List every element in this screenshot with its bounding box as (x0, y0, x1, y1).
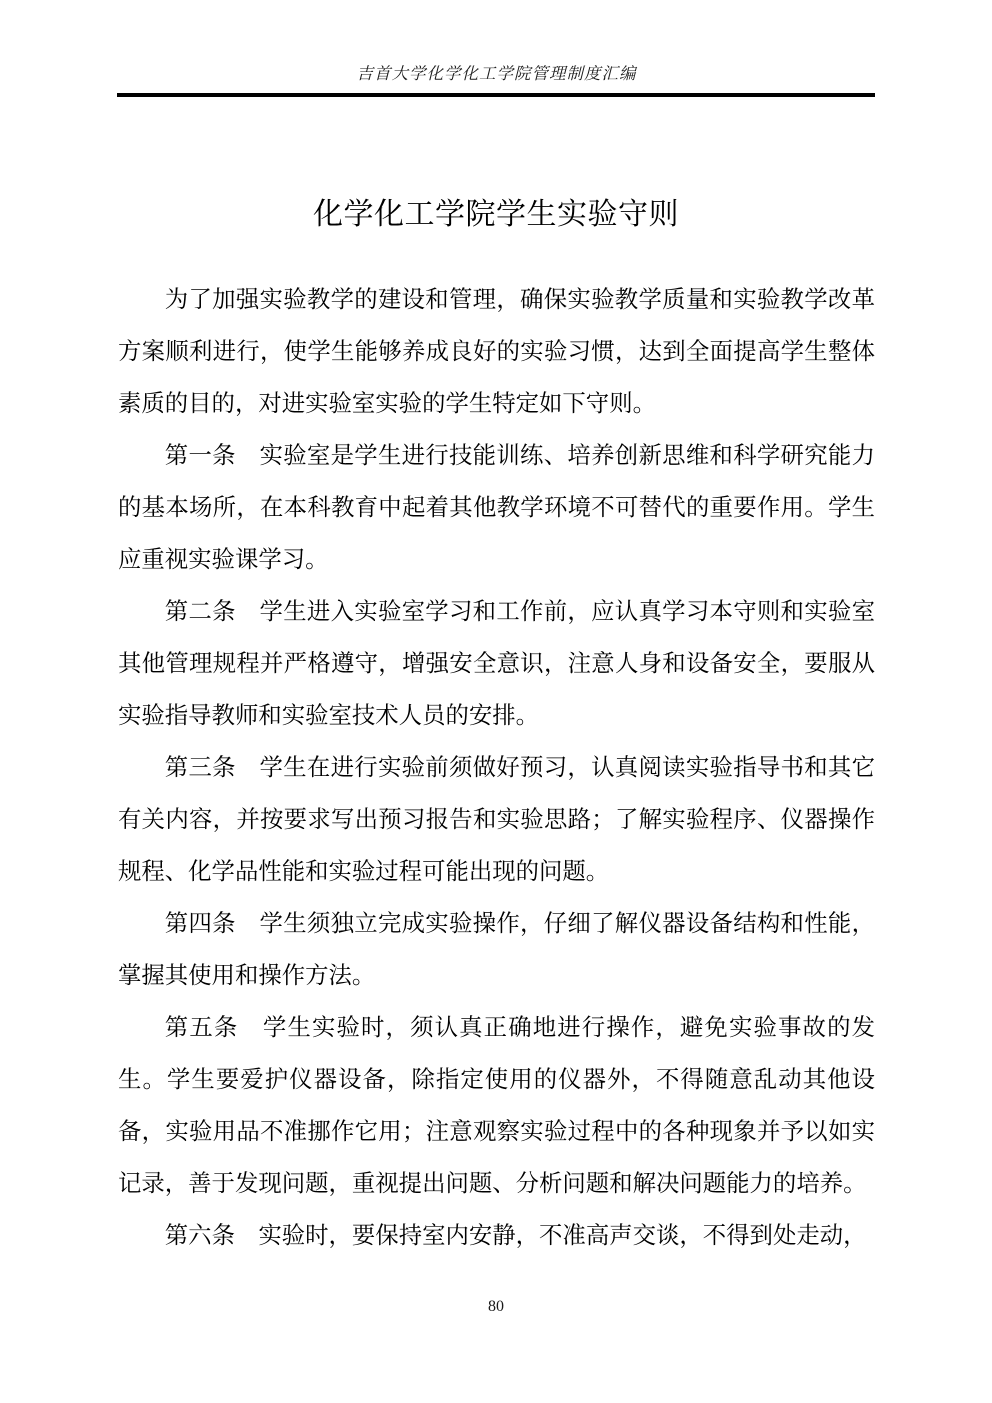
document-body: 为了加强实验教学的建设和管理，确保实验教学质量和实验教学改革方案顺利进行，使学生… (118, 274, 875, 1262)
document-page: 吉首大学化学化工学院管理制度汇编 化学化工学院学生实验守则 为了加强实验教学的建… (0, 0, 992, 1403)
paragraph-article-4: 第四条 学生须独立完成实验操作，仔细了解仪器设备结构和性能，掌握其使用和操作方法… (118, 898, 875, 1002)
paragraph-article-3: 第三条 学生在进行实验前须做好预习，认真阅读实验指导书和其它有关内容，并按要求写… (118, 742, 875, 898)
paragraph-intro: 为了加强实验教学的建设和管理，确保实验教学质量和实验教学改革方案顺利进行，使学生… (118, 274, 875, 430)
paragraph-article-2: 第二条 学生进入实验室学习和工作前，应认真学习本守则和实验室其他管理规程并严格遵… (118, 586, 875, 742)
paragraph-article-1: 第一条 实验室是学生进行技能训练、培养创新思维和科学研究能力的基本场所，在本科教… (118, 430, 875, 586)
page-number: 80 (0, 1297, 992, 1317)
paragraph-article-5: 第五条 学生实验时，须认真正确地进行操作，避免实验事故的发生。学生要爱护仪器设备… (118, 1002, 875, 1210)
running-header: 吉首大学化学化工学院管理制度汇编 (118, 63, 875, 85)
header-rule (117, 93, 875, 97)
paragraph-article-6: 第六条 实验时，要保持室内安静，不准高声交谈，不得到处走动， (118, 1210, 875, 1262)
page-title: 化学化工学院学生实验守则 (0, 196, 992, 234)
